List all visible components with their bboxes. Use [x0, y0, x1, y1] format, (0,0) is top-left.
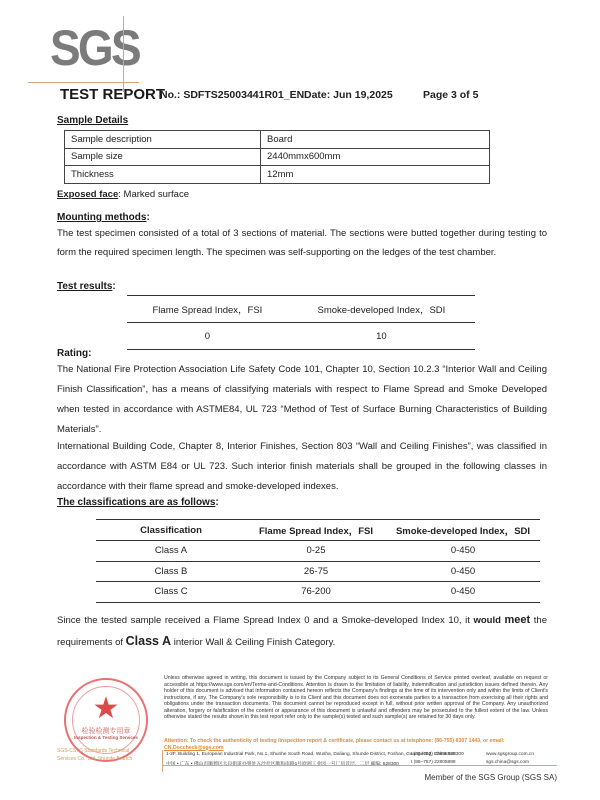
sample-details-heading: Sample Details — [57, 115, 128, 126]
rating-heading: Rating: — [57, 348, 91, 359]
conclusion-text: Since the tested sample received a Flame… — [57, 615, 473, 626]
thickness-label: Thickness — [65, 166, 261, 184]
fsi-range: 0-25 — [246, 541, 386, 562]
sample-description-label: Sample description — [65, 131, 261, 149]
sample-details-table: Sample description Board Sample size 244… — [64, 130, 490, 184]
footer-horizontal-rule — [162, 765, 557, 766]
attention-text: Attention: To check the authenticity of … — [164, 738, 505, 744]
conclusion-text: interior Wall & Ceiling Finish Category. — [171, 637, 335, 648]
report-number: No.: SDFTS25003441R01_EN — [160, 89, 304, 101]
page-number: Page 3 of 5 — [423, 89, 478, 101]
test-results-heading: Test results: — [57, 281, 116, 292]
sample-description-value: Board — [261, 131, 490, 149]
rating-paragraph-2: International Building Code, Chapter 8, … — [57, 437, 547, 497]
colon: : — [146, 212, 149, 223]
rating-paragraph-1: The National Fire Protection Association… — [57, 360, 547, 440]
report-title: TEST REPORT — [60, 86, 165, 103]
colon: : — [112, 281, 115, 292]
mounting-methods-heading: Mounting methods: — [57, 212, 150, 223]
sdi-header: Smoke-developed Index，SDI — [288, 296, 475, 323]
stamp-side-text: SGS-CSTC Standards Technical Services Co… — [57, 747, 137, 763]
sdi-value: 10 — [288, 323, 475, 350]
fsi-header: Flame Spread Index，FSI — [246, 520, 386, 541]
classifications-title: The classifications are as follows — [57, 497, 215, 508]
conclusion-meet: meet — [505, 614, 531, 626]
phone-1: t (86–757) 22805888 — [411, 752, 456, 757]
disclaimer-post: . Attention is drawn to the limitation o… — [164, 682, 548, 721]
sdi-range: 0-450 — [386, 541, 540, 562]
table-row: Thickness 12mm — [65, 166, 490, 184]
colon: : — [215, 497, 218, 508]
table-row: Class B 26-75 0-450 — [96, 561, 540, 582]
website: www.sgsgroup.com.cn — [486, 752, 534, 757]
table-header-row: Flame Spread Index，FSI Smoke-developed I… — [127, 296, 475, 323]
doccheck-email-link[interactable]: CN.Doccheck@sgs.com — [164, 745, 224, 751]
classifications-table: Classification Flame Spread Index，FSI Sm… — [96, 519, 540, 603]
mounting-methods-text: The test specimen consisted of a total o… — [57, 224, 547, 262]
class-name: Class A — [96, 541, 246, 562]
sgs-logo: SGS — [28, 16, 140, 80]
conclusion-would: would — [473, 615, 504, 626]
star-icon: ★ — [66, 694, 146, 724]
thickness-value: 12mm — [261, 166, 490, 184]
mounting-methods-title: Mounting methods — [57, 212, 146, 223]
report-date: Date: Jun 19,2025 — [304, 89, 393, 101]
sdi-range: 0-450 — [386, 561, 540, 582]
sample-size-label: Sample size — [65, 148, 261, 166]
table-row: Class A 0-25 0-450 — [96, 541, 540, 562]
fsi-range: 76-200 — [246, 582, 386, 603]
terms-link[interactable]: https://www.sgs.com/en/Terms-and-Conditi… — [196, 682, 303, 688]
classification-header: Classification — [96, 520, 246, 541]
sample-size-value: 2440mmx600mm — [261, 148, 490, 166]
exposed-face-label: Exposed face — [57, 189, 118, 200]
sdi-header: Smoke-developed Index，SDI — [386, 520, 540, 541]
authenticity-notice: Attention: To check the authenticity of … — [164, 738, 548, 751]
stamp-english-text: Inspection & Testing Services — [66, 735, 146, 740]
footer-vertical-rule — [162, 750, 163, 772]
conclusion-class: Class A — [126, 634, 171, 648]
conclusion-paragraph: Since the tested sample received a Flame… — [57, 610, 547, 653]
class-name: Class B — [96, 561, 246, 582]
fsi-value: 0 — [127, 323, 288, 350]
logo-text: SGS — [50, 18, 139, 78]
class-name: Class C — [96, 582, 246, 603]
logo-vertical-rule — [123, 16, 124, 92]
fsi-range: 26-75 — [246, 561, 386, 582]
table-row: Sample description Board — [65, 131, 490, 149]
disclaimer-text: Unless otherwise agreed in writing, this… — [164, 675, 548, 721]
table-row: Sample size 2440mmx600mm — [65, 148, 490, 166]
sdi-range: 0-450 — [386, 582, 540, 603]
test-results-table: Flame Spread Index，FSI Smoke-developed I… — [127, 295, 475, 350]
test-results-title: Test results — [57, 281, 112, 292]
table-row: 0 10 — [127, 323, 475, 350]
table-row: Class C 76-200 0-450 — [96, 582, 540, 603]
classifications-heading: The classifications are as follows: — [57, 497, 219, 508]
report-header: TEST REPORT No.: SDFTS25003441R01_EN Dat… — [60, 86, 560, 106]
table-header-row: Classification Flame Spread Index，FSI Sm… — [96, 520, 540, 541]
member-of-sgs-group: Member of the SGS Group (SGS SA) — [425, 773, 558, 782]
exposed-face-value: : Marked surface — [118, 189, 189, 200]
exposed-face-line: Exposed face: Marked surface — [57, 189, 189, 200]
fsi-header: Flame Spread Index，FSI — [127, 296, 288, 323]
